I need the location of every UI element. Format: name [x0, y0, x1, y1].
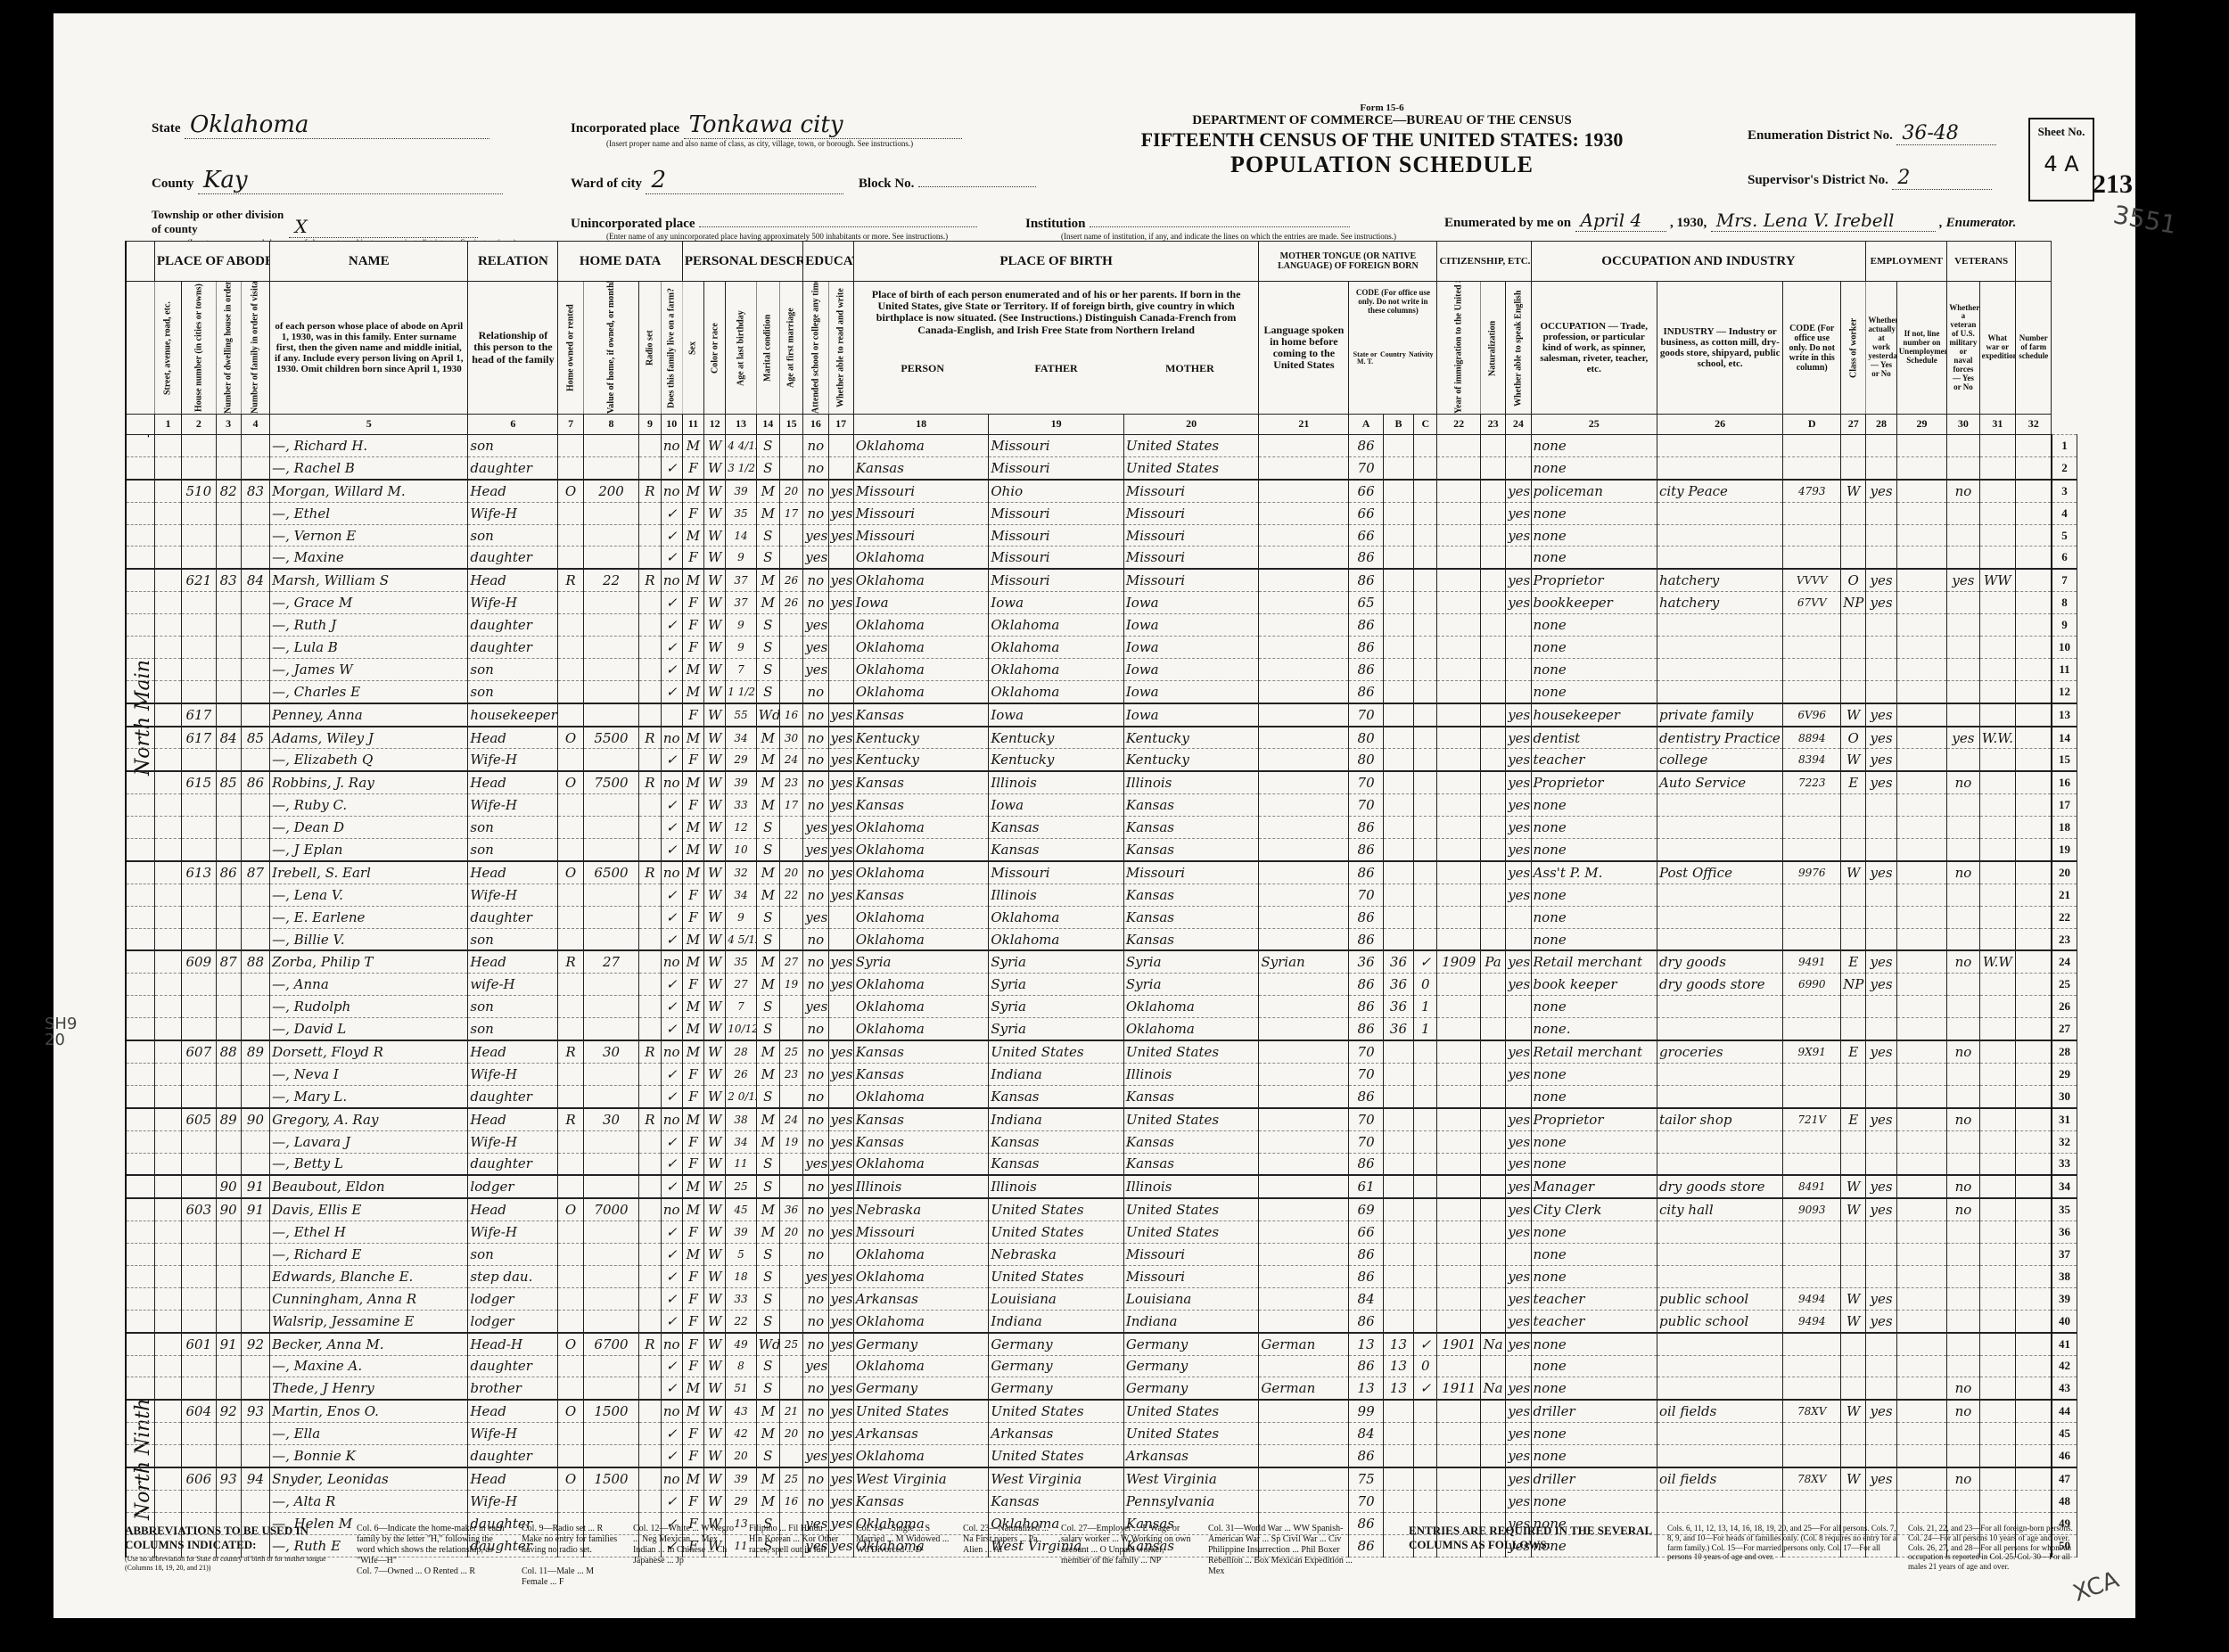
- cell-bp: Oklahoma: [853, 1085, 989, 1107]
- cell-race: W: [704, 1377, 726, 1400]
- cell-work: [1866, 996, 1896, 1018]
- cell-o: [558, 703, 583, 727]
- cell-age: 45: [726, 1198, 756, 1221]
- cell-imm: [1437, 637, 1480, 659]
- cell-nat: [1480, 435, 1505, 457]
- line-number: 3: [2052, 480, 2077, 502]
- table-row: —, Annawife-H✓FW27M19noyesOklahomaSyriaS…: [126, 974, 2077, 996]
- cell-fbp: Kansas: [989, 1153, 1124, 1175]
- cell-f: [241, 1130, 269, 1153]
- column-number: 26: [1657, 415, 1782, 435]
- cell-work: yes: [1866, 974, 1896, 996]
- cell-cls: [1841, 637, 1866, 659]
- cell-nat: [1480, 727, 1505, 749]
- cell-v: [583, 906, 639, 928]
- cell-cb: [1383, 839, 1413, 861]
- cell-ind: [1657, 1445, 1782, 1467]
- cell-cb: [1383, 480, 1413, 502]
- cell-fbp: Kentucky: [989, 727, 1124, 749]
- cell-race: W: [704, 727, 726, 749]
- cell-rw: [828, 456, 853, 479]
- cell-war: [1979, 1467, 2015, 1490]
- cell-o: [558, 974, 583, 996]
- street-cell: [126, 771, 154, 793]
- cell-cb: [1383, 727, 1413, 749]
- cell-cb: [1383, 547, 1413, 569]
- cell-cd: [1783, 502, 1841, 524]
- cell-cb: [1383, 524, 1413, 547]
- cell-sch: no: [803, 456, 828, 479]
- cell-rel: housekeeper: [468, 703, 558, 727]
- street-cell: [126, 1310, 154, 1332]
- street-cell: [126, 794, 154, 817]
- cell-d: 91: [216, 1333, 241, 1355]
- cell-bp: Oklahoma: [853, 1355, 989, 1377]
- state-value: Oklahoma: [185, 111, 489, 139]
- cell-cls: W: [1841, 703, 1866, 727]
- street-cell-2: [154, 928, 181, 950]
- cell-r: [639, 1018, 661, 1040]
- cell-unl: [1896, 1085, 1947, 1107]
- cell-unl: [1896, 771, 1947, 793]
- cell-r: [639, 1490, 661, 1512]
- cell-bp: Arkansas: [853, 1423, 989, 1445]
- cell-sch: no: [803, 727, 828, 749]
- cell-war: [1979, 1265, 2015, 1287]
- cell-name: —, Rachel B: [270, 456, 468, 479]
- street-cell: [126, 996, 154, 1018]
- cell-name: Dorsett, Floyd R: [270, 1040, 468, 1063]
- cell-f: [241, 1018, 269, 1040]
- cell-rw: [828, 1018, 853, 1040]
- cell-ca: 86: [1349, 614, 1383, 637]
- column-number: 27: [1841, 415, 1866, 435]
- cell-mbp: Iowa: [1123, 592, 1259, 614]
- cell-rel: Head: [468, 771, 558, 793]
- cell-cc: [1414, 658, 1437, 680]
- cell-ca: 84: [1349, 1423, 1383, 1445]
- cell-r: [639, 1377, 661, 1400]
- cell-war: [1979, 1445, 2015, 1467]
- cell-am: [779, 524, 802, 547]
- cell-rel: Wife-H: [468, 1490, 558, 1512]
- cell-eng: [1506, 1244, 1531, 1266]
- cell-eng: yes: [1506, 839, 1531, 861]
- cell-race: W: [704, 592, 726, 614]
- street-cell: [126, 658, 154, 680]
- cell-age: 10/12: [726, 1018, 756, 1040]
- cell-cd: [1783, 1018, 1841, 1040]
- cell-farmsched: [2016, 1265, 2052, 1287]
- cell-cc: [1414, 1085, 1437, 1107]
- cell-rel: son: [468, 658, 558, 680]
- cell-ca: 86: [1349, 569, 1383, 591]
- cell-eng: yes: [1506, 569, 1531, 591]
- cell-name: —, Charles E: [270, 680, 468, 703]
- cell-v: [583, 1310, 639, 1332]
- table-row: —, Ethel HWife-H✓FW39M20noyesMissouriUni…: [126, 1221, 2077, 1244]
- cell-age: 33: [726, 794, 756, 817]
- cell-war: [1979, 996, 2015, 1018]
- cell-rw: yes: [828, 502, 853, 524]
- cell-unl: [1896, 928, 1947, 950]
- cell-race: W: [704, 569, 726, 591]
- cell-work: yes: [1866, 727, 1896, 749]
- cell-farmsched: [2016, 1445, 2052, 1467]
- cell-farm: ✓: [661, 839, 682, 861]
- cell-v: [583, 996, 639, 1018]
- cell-mar: S: [756, 1310, 779, 1332]
- cell-race: W: [704, 749, 726, 771]
- cell-rel: son: [468, 680, 558, 703]
- cell-race: W: [704, 1423, 726, 1445]
- cell-vet: [1947, 592, 1979, 614]
- cell-cd: [1783, 1085, 1841, 1107]
- cell-imm: [1437, 1467, 1480, 1490]
- cell-nat: [1480, 614, 1505, 637]
- line-number: 29: [2052, 1063, 2077, 1085]
- cell-r: R: [639, 861, 661, 884]
- cell-occ: none: [1531, 524, 1657, 547]
- cell-v: [583, 456, 639, 479]
- cell-am: [779, 1377, 802, 1400]
- cell-unl: [1896, 637, 1947, 659]
- cell-lang: [1259, 1108, 1349, 1130]
- cell-rel: son: [468, 839, 558, 861]
- cell-rw: yes: [828, 884, 853, 906]
- cell-sex: F: [682, 456, 703, 479]
- cell-occ: Manager: [1531, 1175, 1657, 1198]
- cell-rel: brother: [468, 1377, 558, 1400]
- cell-v: [583, 1153, 639, 1175]
- cell-cc: [1414, 727, 1437, 749]
- cell-cb: [1383, 1175, 1413, 1198]
- cell-h: [182, 1153, 216, 1175]
- cell-sch: no: [803, 1423, 828, 1445]
- cell-cd: 6V96: [1783, 703, 1841, 727]
- cell-rel: daughter: [468, 637, 558, 659]
- cell-mbp: Iowa: [1123, 703, 1259, 727]
- cell-race: W: [704, 906, 726, 928]
- cell-f: [241, 435, 269, 457]
- cell-mbp: Germany: [1123, 1377, 1259, 1400]
- cell-cc: [1414, 680, 1437, 703]
- cell-r: [639, 1244, 661, 1266]
- cell-mar: S: [756, 1175, 779, 1198]
- table-row: 6158586Robbins, J. RayHeadO7500RnoMW39M2…: [126, 771, 2077, 793]
- cell-mbp: Missouri: [1123, 1244, 1259, 1266]
- street-cell: [126, 749, 154, 771]
- cell-am: 16: [779, 703, 802, 727]
- line-number: 39: [2052, 1287, 2077, 1310]
- cell-cls: [1841, 1130, 1866, 1153]
- line-number: 22: [2052, 906, 2077, 928]
- cell-rel: Head: [468, 569, 558, 591]
- cell-rel: lodger: [468, 1175, 558, 1198]
- cell-nat: Na: [1480, 1333, 1505, 1355]
- cell-imm: [1437, 928, 1480, 950]
- cell-am: [779, 435, 802, 457]
- cell-race: W: [704, 703, 726, 727]
- cell-r: [639, 1221, 661, 1244]
- cell-imm: [1437, 771, 1480, 793]
- cell-cb: [1383, 1063, 1413, 1085]
- cell-rel: daughter: [468, 456, 558, 479]
- cell-mar: S: [756, 928, 779, 950]
- cell-h: [182, 1175, 216, 1198]
- cell-mar: Wd: [756, 1333, 779, 1355]
- line-number: 9: [2052, 614, 2077, 637]
- cell-vet: [1947, 1085, 1979, 1107]
- cell-vet: [1947, 1287, 1979, 1310]
- cell-work: [1866, 547, 1896, 569]
- street-cell-2: [154, 817, 181, 839]
- cell-d: 86: [216, 861, 241, 884]
- street-cell: [126, 480, 154, 502]
- cell-cls: W: [1841, 749, 1866, 771]
- cell-rw: [828, 1355, 853, 1377]
- cell-sch: no: [803, 1130, 828, 1153]
- cell-age: 39: [726, 1467, 756, 1490]
- cell-lang: [1259, 502, 1349, 524]
- cell-imm: [1437, 658, 1480, 680]
- cell-mbp: West Virginia: [1123, 1467, 1259, 1490]
- table-row: 6178485Adams, Wiley JHeadO5500RnoMW34M30…: [126, 727, 2077, 749]
- cell-h: [182, 1063, 216, 1085]
- cell-name: —, Grace M: [270, 592, 468, 614]
- line-number: 27: [2052, 1018, 2077, 1040]
- cell-eng: [1506, 928, 1531, 950]
- cell-mar: S: [756, 1445, 779, 1467]
- cell-rw: yes: [828, 974, 853, 996]
- cell-name: Thede, J Henry: [270, 1377, 468, 1400]
- cell-vet: [1947, 1153, 1979, 1175]
- cell-r: [639, 817, 661, 839]
- cell-cc: 0: [1414, 1355, 1437, 1377]
- cell-vet: [1947, 1445, 1979, 1467]
- cell-bp: West Virginia: [853, 1467, 989, 1490]
- cell-mar: S: [756, 1018, 779, 1040]
- cell-eng: yes: [1506, 1108, 1531, 1130]
- cell-mbp: Syria: [1123, 950, 1259, 973]
- cell-age: 10: [726, 839, 756, 861]
- cell-occ: Proprietor: [1531, 771, 1657, 793]
- cell-cb: [1383, 658, 1413, 680]
- cell-am: 19: [779, 974, 802, 996]
- cell-sch: no: [803, 884, 828, 906]
- cell-vet: [1947, 658, 1979, 680]
- cell-vet: [1947, 703, 1979, 727]
- cell-sch: no: [803, 680, 828, 703]
- cell-cb: [1383, 1040, 1413, 1063]
- cell-bp: Kansas: [853, 456, 989, 479]
- cell-name: —, J Eplan: [270, 839, 468, 861]
- cell-f: 93: [241, 1400, 269, 1422]
- cell-lang: [1259, 1244, 1349, 1266]
- cell-lang: [1259, 996, 1349, 1018]
- cell-ind: [1657, 1265, 1782, 1287]
- cell-mar: S: [756, 435, 779, 457]
- cell-unl: [1896, 1153, 1947, 1175]
- cell-bp: Syria: [853, 950, 989, 973]
- cell-cls: [1841, 1355, 1866, 1377]
- cell-race: W: [704, 1400, 726, 1422]
- cell-mar: S: [756, 637, 779, 659]
- cell-sex: M: [682, 1244, 703, 1266]
- cell-ca: 86: [1349, 906, 1383, 928]
- cell-h: [182, 884, 216, 906]
- cell-farmsched: [2016, 794, 2052, 817]
- cell-work: [1866, 1085, 1896, 1107]
- cell-imm: [1437, 1085, 1480, 1107]
- cell-cls: W: [1841, 1198, 1866, 1221]
- cell-bp: Oklahoma: [853, 1153, 989, 1175]
- cell-age: 14: [726, 524, 756, 547]
- cell-cc: [1414, 1040, 1437, 1063]
- cell-h: [182, 680, 216, 703]
- cell-farm: no: [661, 435, 682, 457]
- cell-race: W: [704, 1198, 726, 1221]
- cell-bp: Oklahoma: [853, 817, 989, 839]
- cell-ind: oil fields: [1657, 1467, 1782, 1490]
- group-relation: RELATION: [468, 242, 558, 282]
- cell-rel: lodger: [468, 1287, 558, 1310]
- cell-cb: [1383, 1153, 1413, 1175]
- cell-rw: yes: [828, 1040, 853, 1063]
- cell-unl: [1896, 1310, 1947, 1332]
- cell-sex: M: [682, 1400, 703, 1422]
- table-row: 6218384Marsh, William SHeadR22RnoMW37M26…: [126, 569, 2077, 591]
- cell-v: 1500: [583, 1400, 639, 1422]
- street-cell-2: [154, 1244, 181, 1266]
- cell-rel: son: [468, 996, 558, 1018]
- line-number: 38: [2052, 1265, 2077, 1287]
- cell-unl: [1896, 906, 1947, 928]
- cell-h: [182, 637, 216, 659]
- cell-mbp: Illinois: [1123, 1175, 1259, 1198]
- cell-lang: [1259, 1198, 1349, 1221]
- cell-r: [639, 435, 661, 457]
- cell-sch: yes: [803, 1445, 828, 1467]
- cell-farm: ✓: [661, 1085, 682, 1107]
- table-row: 5108283Morgan, Willard M.HeadO200RnoMW39…: [126, 480, 2077, 502]
- cell-sex: F: [682, 1085, 703, 1107]
- cell-fbp: Syria: [989, 996, 1124, 1018]
- cell-work: [1866, 502, 1896, 524]
- cell-sex: F: [682, 1153, 703, 1175]
- line-number: 37: [2052, 1244, 2077, 1266]
- cell-vet: [1947, 1244, 1979, 1266]
- cell-ca: 86: [1349, 1445, 1383, 1467]
- cell-cd: [1783, 928, 1841, 950]
- cell-unl: [1896, 614, 1947, 637]
- cell-rw: [828, 614, 853, 637]
- cell-cb: [1383, 1265, 1413, 1287]
- cell-nat: [1480, 1130, 1505, 1153]
- cell-mar: S: [756, 996, 779, 1018]
- cell-r: [639, 884, 661, 906]
- cell-eng: yes: [1506, 817, 1531, 839]
- cell-occ: dentist: [1531, 727, 1657, 749]
- cell-occ: none: [1531, 1333, 1657, 1355]
- cell-farmsched: [2016, 658, 2052, 680]
- cell-work: yes: [1866, 1040, 1896, 1063]
- column-number: 29: [1896, 415, 1947, 435]
- cell-cb: [1383, 1490, 1413, 1512]
- cell-race: W: [704, 884, 726, 906]
- cell-v: 7500: [583, 771, 639, 793]
- cell-mar: M: [756, 502, 779, 524]
- cell-imm: [1437, 1445, 1480, 1467]
- cell-mbp: United States: [1123, 1423, 1259, 1445]
- cell-imm: [1437, 1221, 1480, 1244]
- cell-d: [216, 637, 241, 659]
- cell-cd: 9093: [1783, 1198, 1841, 1221]
- cell-rw: yes: [828, 839, 853, 861]
- cell-cd: 9491: [1783, 950, 1841, 973]
- cell-cc: [1414, 637, 1437, 659]
- cell-sch: no: [803, 974, 828, 996]
- street-cell: [126, 1333, 154, 1355]
- cell-sex: M: [682, 569, 703, 591]
- cell-f: [241, 592, 269, 614]
- cell-fbp: Missouri: [989, 456, 1124, 479]
- cell-imm: [1437, 1287, 1480, 1310]
- cell-eng: yes: [1506, 703, 1531, 727]
- cell-ind: [1657, 1085, 1782, 1107]
- street-cell: [126, 1490, 154, 1512]
- cell-name: —, Ethel H: [270, 1221, 468, 1244]
- cell-bp: Oklahoma: [853, 637, 989, 659]
- cell-fbp: Syria: [989, 974, 1124, 996]
- cell-d: [216, 1377, 241, 1400]
- cell-lang: [1259, 637, 1349, 659]
- cell-rw: yes: [828, 950, 853, 973]
- cell-unl: [1896, 727, 1947, 749]
- cell-am: 25: [779, 1467, 802, 1490]
- cell-nat: [1480, 703, 1505, 727]
- line-number: 32: [2052, 1130, 2077, 1153]
- street-cell-2: [154, 1175, 181, 1198]
- line-number: 40: [2052, 1310, 2077, 1332]
- cell-war: [1979, 771, 2015, 793]
- cell-imm: [1437, 435, 1480, 457]
- cell-v: [583, 1130, 639, 1153]
- cell-bp: Germany: [853, 1333, 989, 1355]
- cell-war: [1979, 480, 2015, 502]
- cell-o: [558, 839, 583, 861]
- cell-age: 39: [726, 480, 756, 502]
- cell-occ: none: [1531, 1445, 1657, 1467]
- cell-age: 7: [726, 996, 756, 1018]
- cell-ind: [1657, 817, 1782, 839]
- cell-sch: no: [803, 435, 828, 457]
- cell-occ: Ass't P. M.: [1531, 861, 1657, 884]
- cell-eng: [1506, 1085, 1531, 1107]
- cell-war: [1979, 1423, 2015, 1445]
- cell-ca: 70: [1349, 1490, 1383, 1512]
- cell-cls: NP: [1841, 592, 1866, 614]
- cell-bp: Arkansas: [853, 1287, 989, 1310]
- cell-farmsched: [2016, 1355, 2052, 1377]
- cell-eng: yes: [1506, 1063, 1531, 1085]
- cell-f: [241, 1244, 269, 1266]
- cell-r: [639, 1265, 661, 1287]
- cell-cc: [1414, 480, 1437, 502]
- cell-vet: [1947, 1423, 1979, 1445]
- group-occupation: OCCUPATION AND INDUSTRY: [1531, 242, 1866, 282]
- cell-bp: Kansas: [853, 771, 989, 793]
